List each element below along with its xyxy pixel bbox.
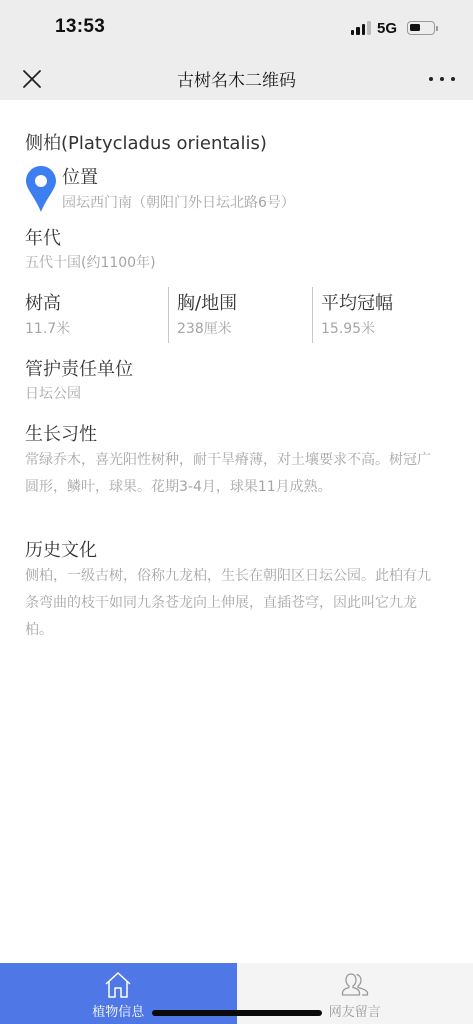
page-title: 古树名木二维码 bbox=[0, 66, 473, 91]
more-icon bbox=[429, 77, 433, 81]
tab-label: 植物信息 bbox=[92, 1001, 144, 1020]
status-bar: 13:53 5G bbox=[0, 0, 473, 58]
signal-icon bbox=[351, 21, 371, 35]
nav-bar: 古树名木二维码 bbox=[0, 58, 473, 100]
habit-value: 常绿乔木，喜光阳性树种，耐干旱瘠薄，对土壤要求不高。树冠广圆形，鳞叶，球果。花期… bbox=[25, 447, 435, 501]
species-name: 侧柏(Platycladus orientalis) bbox=[25, 129, 267, 155]
status-indicators: 5G bbox=[351, 18, 435, 38]
stat-height: 树高 11.7米 bbox=[25, 287, 168, 343]
map-pin-icon bbox=[25, 165, 57, 213]
more-button[interactable] bbox=[429, 67, 455, 91]
history-label: 历史文化 bbox=[25, 536, 97, 562]
stat-label: 胸/地围 bbox=[177, 289, 312, 315]
stat-value: 11.7米 bbox=[25, 318, 168, 338]
custodian-label: 管护责任单位 bbox=[25, 355, 133, 381]
more-icon-dot bbox=[440, 77, 444, 81]
stat-label: 平均冠幅 bbox=[321, 289, 455, 315]
stat-label: 树高 bbox=[25, 289, 168, 315]
tab-label: 网友留言 bbox=[329, 1001, 381, 1020]
home-icon bbox=[103, 970, 133, 1000]
stat-girth: 胸/地围 238厘米 bbox=[168, 287, 312, 343]
custodian-value: 日坛公园 bbox=[25, 382, 81, 406]
tree-stats: 树高 11.7米 胸/地围 238厘米 平均冠幅 15.95米 bbox=[25, 287, 455, 343]
status-time: 13:53 bbox=[55, 16, 105, 38]
location-label: 位置 bbox=[62, 163, 98, 189]
era-label: 年代 bbox=[25, 224, 61, 250]
era-value: 五代十国(约1100年) bbox=[25, 251, 156, 275]
more-icon-dot bbox=[451, 77, 455, 81]
habit-label: 生长习性 bbox=[25, 420, 97, 446]
battery-icon bbox=[407, 21, 435, 35]
location-section: 位置 园坛西门南（朝阳门外日坛北路6号） bbox=[25, 163, 455, 213]
network-type: 5G bbox=[377, 20, 397, 37]
home-indicator[interactable] bbox=[152, 1010, 322, 1016]
stat-value: 15.95米 bbox=[321, 318, 455, 338]
history-value: 侧柏，一级古树，俗称九龙柏，生长在朝阳区日坛公园。此柏有九条弯曲的枝干如同九条苍… bbox=[25, 563, 435, 644]
stat-crown: 平均冠幅 15.95米 bbox=[312, 287, 455, 343]
stat-value: 238厘米 bbox=[177, 318, 312, 338]
location-value: 园坛西门南（朝阳门外日坛北路6号） bbox=[62, 191, 295, 215]
users-icon bbox=[340, 970, 370, 1000]
